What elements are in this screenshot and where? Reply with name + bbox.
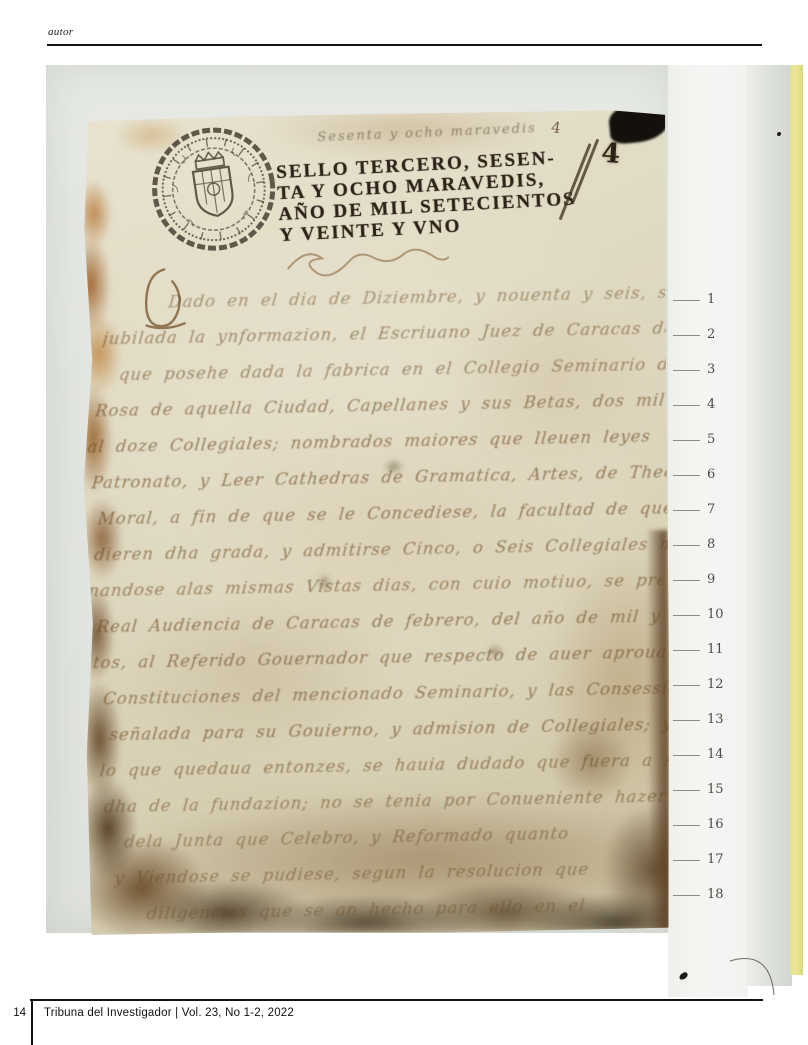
footer-divider	[31, 999, 33, 1045]
author-slug: autor	[48, 26, 73, 38]
tick-number: 2	[707, 327, 715, 342]
tick-line	[673, 790, 700, 791]
tick-line	[673, 335, 700, 336]
tick-line	[673, 720, 700, 721]
journal-citation: Tribuna del Investigador | Vol. 23, No 1…	[44, 1007, 294, 1019]
tick-number: 10	[707, 607, 724, 622]
tick-number: 5	[707, 432, 715, 447]
tick-line	[673, 440, 700, 441]
tick-line	[673, 475, 700, 476]
tick-number: 7	[707, 502, 715, 517]
page-number: 14	[6, 1007, 26, 1019]
tick-number: 17	[707, 852, 724, 867]
tick-line	[673, 615, 700, 616]
tick-line	[673, 300, 700, 301]
tick-number: 6	[707, 467, 715, 482]
tick-line	[673, 545, 700, 546]
pencil-curve-mark	[716, 945, 796, 997]
footer-rule	[30, 999, 763, 1001]
tick-number: 13	[707, 712, 724, 727]
tick-line	[673, 580, 700, 581]
manuscript-photo-figure: Sesenta y ocho maravedis SELLO TERCERO, …	[46, 65, 803, 997]
tick-number: 12	[707, 677, 724, 692]
tick-number: 4	[707, 397, 715, 412]
tick-line	[673, 755, 700, 756]
tick-number: 9	[707, 572, 715, 587]
tick-number: 11	[707, 642, 724, 657]
tick-line	[673, 895, 700, 896]
tick-number: 18	[707, 887, 724, 902]
tick-number: 8	[707, 537, 715, 552]
tick-number: 16	[707, 817, 724, 832]
tick-number: 14	[707, 747, 724, 762]
tick-number: 1	[707, 292, 715, 307]
tick-number: 3	[707, 362, 715, 377]
tick-line	[673, 510, 700, 511]
tick-number: 15	[707, 782, 724, 797]
tick-line	[673, 860, 700, 861]
header-rule	[47, 44, 762, 46]
tick-line	[673, 685, 700, 686]
tick-line	[673, 825, 700, 826]
journal-page: autor	[0, 0, 808, 1045]
tick-line	[673, 650, 700, 651]
tick-line	[673, 405, 700, 406]
tick-line	[673, 370, 700, 371]
line-ruler: 123456789101112131415161718	[46, 65, 803, 997]
